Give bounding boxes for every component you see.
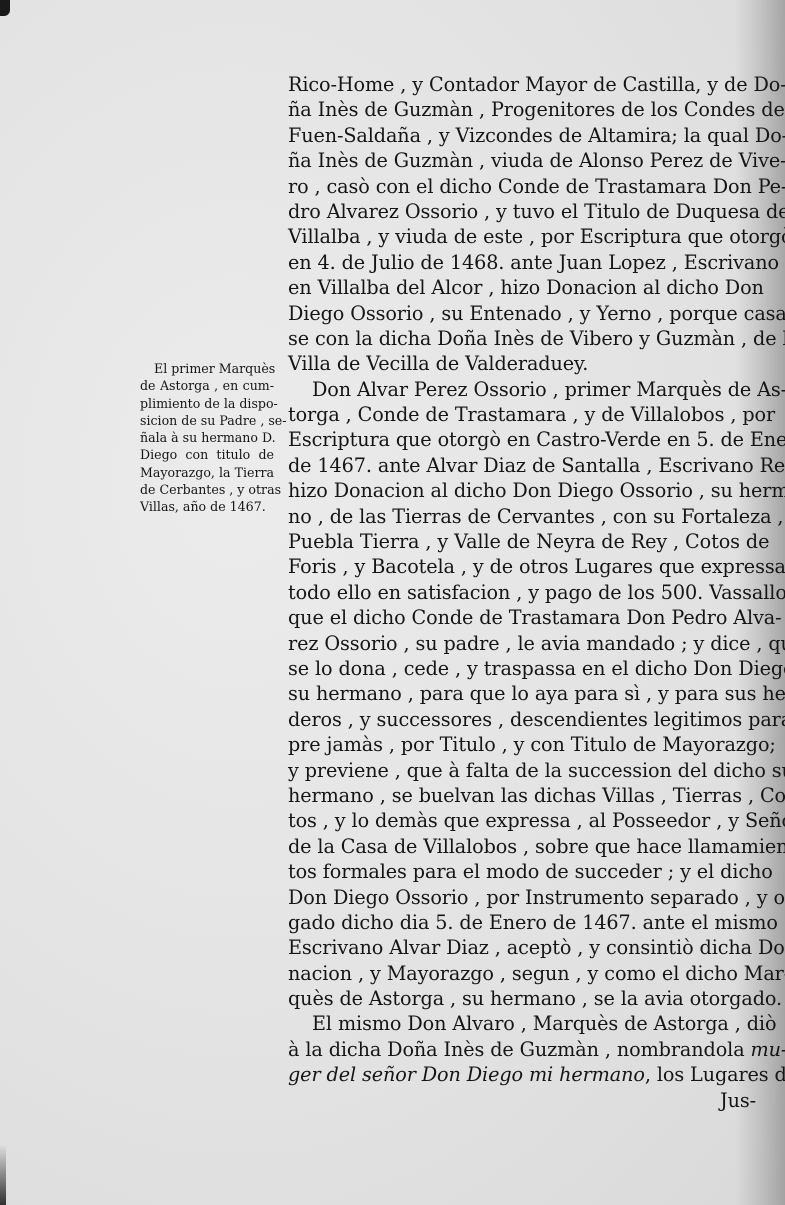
text-line: Escrivano Alvar Diaz , aceptò , y consin… — [288, 935, 756, 960]
text-line: El mismo Don Alvaro , Marquès de Astorga… — [288, 1011, 756, 1036]
text-segment: à la dicha Doña Inès de Guzmàn , nombran… — [288, 1038, 745, 1061]
margin-note-line: Diego con titulo de — [140, 446, 274, 463]
text-line: quès de Astorga , su hermano , se la avi… — [288, 986, 756, 1011]
margin-note-line: ñala à su hermano D. — [140, 429, 274, 446]
paragraph-3: El mismo Don Alvaro , Marquès de Astorga… — [288, 1011, 756, 1113]
text-line: se con la dicha Doña Inès de Vibero y Gu… — [288, 326, 756, 351]
text-line: ro , casò con el dicho Conde de Trastama… — [288, 174, 756, 199]
text-line: torga , Conde de Trastamara , y de Villa… — [288, 402, 756, 427]
margin-note-line: Mayorazgo, la Tierra — [140, 464, 274, 481]
text-line: ger del señor Don Diego mi hermano, los … — [288, 1062, 756, 1087]
text-line: Don Alvar Perez Ossorio , primer Marquès… — [288, 377, 756, 402]
margin-note-line: sicion de su Padre , se- — [140, 412, 274, 429]
text-line: hermano , se buelvan las dichas Villas ,… — [288, 783, 756, 808]
text-line: Don Diego Ossorio , por Instrumento sepa… — [288, 885, 756, 910]
text-line: ña Inès de Guzmàn , viuda de Alonso Pere… — [288, 148, 756, 173]
text-line: y previene , que à falta de la successio… — [288, 758, 756, 783]
text-line: ña Inès de Guzmàn , Progenitores de los … — [288, 97, 756, 122]
text-line: que el dicho Conde de Trastamara Don Ped… — [288, 605, 756, 630]
text-line: Fuen-Saldaña , y Vizcondes de Altamira; … — [288, 123, 756, 148]
text-line: tos , y lo demàs que expressa , al Posse… — [288, 808, 756, 833]
text-line: se lo dona , cede , y traspassa en el di… — [288, 656, 756, 681]
text-line: de la Casa de Villalobos , sobre que hac… — [288, 834, 756, 859]
text-line: Puebla Tierra , y Valle de Neyra de Rey … — [288, 529, 756, 554]
text-line: hizo Donacion al dicho Don Diego Ossorio… — [288, 478, 756, 503]
margin-note-line: Villas, año de 1467. — [140, 498, 274, 515]
text-line: Villalba , y viuda de este , por Escript… — [288, 224, 756, 249]
text-line: Diego Ossorio , su Entenado , y Yerno , … — [288, 301, 756, 326]
text-segment: , los Lugares de San — [645, 1063, 785, 1086]
margin-note-line: de Astorga , en cum- — [140, 377, 274, 394]
page-edge-shadow — [0, 1145, 6, 1205]
text-line: Escriptura que otorgò en Castro-Verde en… — [288, 427, 756, 452]
body-text: Rico-Home , y Contador Mayor de Castilla… — [288, 72, 756, 1113]
text-line: Villa de Vecilla de Valderaduey. — [288, 351, 756, 376]
text-line: su hermano , para que lo aya para sì , y… — [288, 681, 756, 706]
text-line: dro Alvarez Ossorio , y tuvo el Titulo d… — [288, 199, 756, 224]
margin-note: El primer Marquès de Astorga , en cum- p… — [140, 360, 274, 516]
text-line: nacion , y Mayorazgo , segun , y como el… — [288, 961, 756, 986]
text-line: gado dicho dia 5. de Enero de 1467. ante… — [288, 910, 756, 935]
text-line: deros , y successores , descendientes le… — [288, 707, 756, 732]
catchword: Jus- — [288, 1088, 756, 1113]
text-line: todo ello en satisfacion , y pago de los… — [288, 580, 756, 605]
ink-stain-corner — [0, 0, 10, 16]
margin-note-line: plimiento de la dispo- — [140, 395, 274, 412]
scanned-page: El primer Marquès de Astorga , en cum- p… — [0, 0, 785, 1205]
text-line: en 4. de Julio de 1468. ante Juan Lopez … — [288, 250, 756, 275]
text-line: rez Ossorio , su padre , le avia mandado… — [288, 631, 756, 656]
italic-quote: ger del señor Don Diego mi hermano — [288, 1063, 645, 1086]
text-line: à la dicha Doña Inès de Guzmàn , nombran… — [288, 1037, 756, 1062]
paragraph-2: Don Alvar Perez Ossorio , primer Marquès… — [288, 377, 756, 1012]
paragraph-1: Rico-Home , y Contador Mayor de Castilla… — [288, 72, 756, 377]
text-line: en Villalba del Alcor , hizo Donacion al… — [288, 275, 756, 300]
text-line: no , de las Tierras de Cervantes , con s… — [288, 504, 756, 529]
text-line: tos formales para el modo de succeder ; … — [288, 859, 756, 884]
margin-note-line: de Cerbantes , y otras — [140, 481, 274, 498]
text-line: pre jamàs , por Titulo , y con Titulo de… — [288, 732, 756, 757]
text-line: Rico-Home , y Contador Mayor de Castilla… — [288, 72, 756, 97]
text-line: de 1467. ante Alvar Diaz de Santalla , E… — [288, 453, 756, 478]
text-line: Foris , y Bacotela , y de otros Lugares … — [288, 554, 756, 579]
margin-note-line: El primer Marquès — [140, 360, 274, 377]
italic-quote: mu- — [751, 1038, 785, 1061]
